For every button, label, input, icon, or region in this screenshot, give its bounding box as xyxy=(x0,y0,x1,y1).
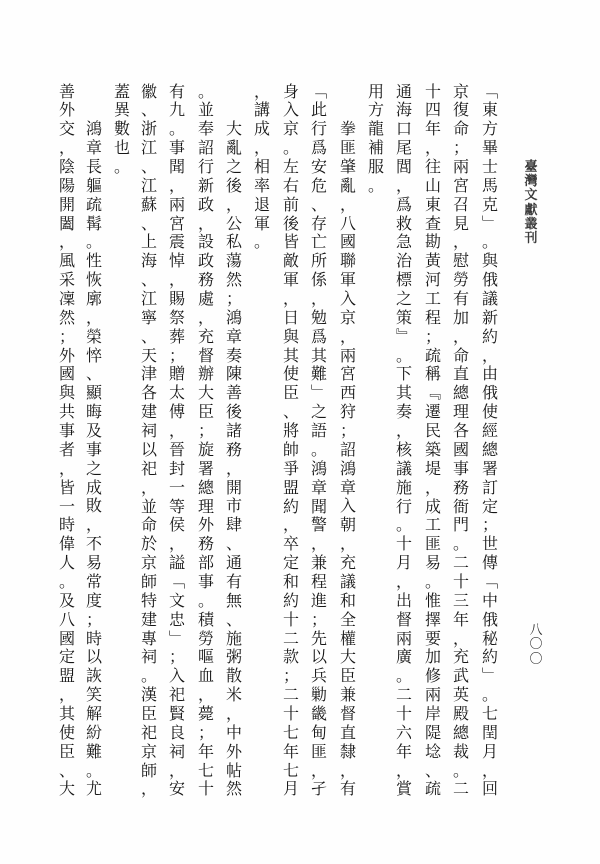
glyph-cell: 一 xyxy=(166,479,188,498)
glyph-cell: 解 xyxy=(83,705,105,724)
glyph-cell: ﹄ xyxy=(393,328,415,347)
glyph-cell: 先 xyxy=(308,630,330,649)
glyph-cell: ﹁ xyxy=(308,83,330,102)
glyph-cell: 臣 xyxy=(337,667,359,686)
glyph-cell: 尤 xyxy=(83,780,105,799)
glyph-cell: 東 xyxy=(422,196,444,215)
glyph-cell: 後 xyxy=(280,215,302,234)
glyph-cell: 時 xyxy=(83,630,105,649)
glyph-cell: 經 xyxy=(479,422,501,441)
glyph-cell: 修 xyxy=(422,667,444,686)
glyph-cell: 大 xyxy=(195,384,217,403)
glyph-cell: 。 xyxy=(422,573,444,592)
glyph-cell: 直 xyxy=(337,724,359,743)
glyph-cell: 務 xyxy=(195,271,217,290)
glyph-cell: 兵 xyxy=(308,667,330,686)
glyph-cell: 國 xyxy=(56,365,78,384)
glyph-cell: 市 xyxy=(223,497,245,516)
glyph-cell: 勘 xyxy=(422,233,444,252)
glyph-cell: 臣 xyxy=(280,384,302,403)
glyph-cell: ， xyxy=(479,762,501,781)
glyph-cell: 與 xyxy=(280,328,302,347)
glyph-cell: 總 xyxy=(195,479,217,498)
glyph-cell: 章 xyxy=(308,479,330,498)
glyph-cell: 督 xyxy=(195,347,217,366)
glyph-cell: 十 xyxy=(195,780,217,799)
glyph-cell: ； xyxy=(308,611,330,630)
glyph-cell: 日 xyxy=(280,309,302,328)
glyph-cell: 章 xyxy=(83,139,105,158)
glyph-cell: 旋 xyxy=(195,441,217,460)
glyph-cell: 榮 xyxy=(83,328,105,347)
glyph-cell: 身 xyxy=(280,83,302,102)
glyph-cell: 鴻 xyxy=(223,309,245,328)
glyph-cell: 〇 xyxy=(528,638,544,652)
glyph-cell: 詔 xyxy=(195,139,217,158)
glyph-cell: ， xyxy=(195,215,217,234)
glyph-cell: 年 xyxy=(450,611,472,630)
glyph-cell: ， xyxy=(422,139,444,158)
glyph-cell: 兩 xyxy=(166,196,188,215)
text-column-1: ﹁東方畢士馬克﹂。與俄議新約，由俄使經總署訂定；世傳﹁中俄秘約﹂。七閏月，回 xyxy=(479,83,501,800)
glyph-cell: ； xyxy=(280,667,302,686)
glyph-cell: 宮 xyxy=(337,365,359,384)
glyph-cell: 度 xyxy=(83,592,105,611)
glyph-cell: 理 xyxy=(195,498,217,517)
glyph-cell: ； xyxy=(337,422,359,441)
glyph-cell: 易 xyxy=(83,554,105,573)
glyph-cell: 年 xyxy=(393,743,415,762)
glyph-cell: 新 xyxy=(479,309,501,328)
glyph-cell: 回 xyxy=(479,780,501,799)
glyph-cell: 良 xyxy=(166,724,188,743)
glyph-cell: 大 xyxy=(337,648,359,667)
glyph-cell: 克 xyxy=(479,196,501,215)
glyph-cell: 要 xyxy=(422,630,444,649)
glyph-cell: 標 xyxy=(393,271,415,290)
glyph-cell: 人 xyxy=(56,554,78,573)
text-column-3: 十四年，往山東查勘黃河工程；疏稱﹃遷民築堤，成工匪易。惟擇要加修兩岸隄埝、疏 xyxy=(422,83,444,800)
glyph-cell: 血 xyxy=(195,667,217,686)
glyph-cell: 直 xyxy=(450,365,472,384)
glyph-cell: 門 xyxy=(450,516,472,535)
glyph-cell: 上 xyxy=(138,233,160,252)
glyph-cell: 中 xyxy=(479,592,501,611)
glyph-cell: 疏 xyxy=(83,196,105,215)
glyph-cell: 核 xyxy=(393,441,415,460)
glyph-cell: 紛 xyxy=(83,724,105,743)
glyph-cell: ； xyxy=(56,328,78,347)
glyph-cell: 年 xyxy=(422,120,444,139)
glyph-cell: 宮 xyxy=(450,177,472,196)
glyph-cell: 敗 xyxy=(83,497,105,516)
glyph-cell: 外 xyxy=(56,347,78,366)
glyph-cell: 裁 xyxy=(450,743,472,762)
glyph-cell: 四 xyxy=(422,101,444,120)
glyph-cell: 陰 xyxy=(56,158,78,177)
glyph-cell: 長 xyxy=(83,158,105,177)
glyph-cell: 、 xyxy=(422,762,444,781)
glyph-cell: 左 xyxy=(280,158,302,177)
glyph-cell: 約 xyxy=(479,648,501,667)
glyph-cell: 、 xyxy=(56,762,78,781)
glyph-cell: 匪 xyxy=(308,743,330,762)
glyph-cell: 。 xyxy=(56,573,78,592)
glyph-cell: 十 xyxy=(393,705,415,724)
glyph-cell: 二 xyxy=(280,630,302,649)
glyph-cell: ， xyxy=(393,762,415,781)
glyph-cell: 奏 xyxy=(223,347,245,366)
glyph-cell: 東 xyxy=(479,101,501,120)
glyph-cell: ； xyxy=(479,516,501,535)
glyph-cell: 外 xyxy=(195,516,217,535)
glyph-cell: 畿 xyxy=(308,705,330,724)
glyph-cell: 辦 xyxy=(195,365,217,384)
glyph-cell: 者 xyxy=(56,441,78,460)
glyph-cell: 語 xyxy=(308,422,330,441)
glyph-cell: ， xyxy=(56,686,78,705)
glyph-cell: 七 xyxy=(280,762,302,781)
glyph-cell: ， xyxy=(308,762,330,781)
glyph-cell: 之 xyxy=(308,403,330,422)
glyph-cell: 章 xyxy=(223,328,245,347)
glyph-cell: 贈 xyxy=(166,365,188,384)
glyph-cell: 議 xyxy=(479,290,501,309)
glyph-cell: 臣 xyxy=(138,705,160,724)
glyph-cell: 傳 xyxy=(479,554,501,573)
glyph-cell: 方 xyxy=(365,101,387,120)
glyph-cell: 策 xyxy=(393,309,415,328)
glyph-cell: 部 xyxy=(195,554,217,573)
glyph-cell: 成 xyxy=(251,120,273,139)
glyph-cell: 堤 xyxy=(422,460,444,479)
glyph-cell: 特 xyxy=(138,592,160,611)
glyph-cell: ， xyxy=(138,780,160,799)
glyph-cell: 大 xyxy=(223,120,245,139)
glyph-cell: 十 xyxy=(393,535,415,554)
glyph-cell: 安 xyxy=(166,780,188,799)
glyph-cell: 十 xyxy=(422,83,444,102)
glyph-cell: 難 xyxy=(83,743,105,762)
glyph-cell: 務 xyxy=(450,479,472,498)
glyph-cell: 。 xyxy=(166,120,188,139)
glyph-cell: ， xyxy=(223,460,245,479)
glyph-cell: 亂 xyxy=(223,139,245,158)
glyph-cell: 一 xyxy=(56,498,78,517)
glyph-cell: 兩 xyxy=(393,630,415,649)
glyph-cell: 務 xyxy=(223,441,245,460)
glyph-cell: 二 xyxy=(393,686,415,705)
glyph-cell: 不 xyxy=(83,535,105,554)
glyph-cell: 開 xyxy=(56,196,78,215)
glyph-cell: 世 xyxy=(479,535,501,554)
glyph-cell: 並 xyxy=(138,498,160,517)
glyph-cell: 晦 xyxy=(83,403,105,422)
glyph-cell: 理 xyxy=(450,403,472,422)
glyph-cell: ， xyxy=(166,271,188,290)
glyph-cell: ， xyxy=(138,479,160,498)
glyph-cell: 之 xyxy=(223,158,245,177)
text-column-6-paragraph-start: 拳匪肇亂，八國聯軍入京，兩宮西狩；詔鴻章入朝，充議和全權大臣兼督直隸，有 xyxy=(337,120,359,799)
glyph-cell: 署 xyxy=(195,460,217,479)
glyph-cell: 由 xyxy=(479,365,501,384)
glyph-cell: 震 xyxy=(166,233,188,252)
glyph-cell: 行 xyxy=(393,498,415,517)
glyph-cell: 通 xyxy=(393,83,415,102)
glyph-cell: 甸 xyxy=(308,724,330,743)
glyph-cell: 卒 xyxy=(280,535,302,554)
glyph-cell: 悴 xyxy=(83,347,105,366)
glyph-cell: 以 xyxy=(308,648,330,667)
glyph-cell: 國 xyxy=(56,630,78,649)
glyph-cell: 叢 xyxy=(523,218,539,232)
glyph-cell: 。 xyxy=(83,233,105,252)
glyph-cell: ， xyxy=(223,705,245,724)
glyph-cell: 七 xyxy=(280,724,302,743)
glyph-cell: 善 xyxy=(223,384,245,403)
glyph-cell: 諸 xyxy=(223,422,245,441)
glyph-cell: 與 xyxy=(479,252,501,271)
glyph-cell: ， xyxy=(83,516,105,535)
glyph-cell: 、 xyxy=(138,158,160,177)
glyph-cell: ， xyxy=(195,309,217,328)
glyph-cell: 充 xyxy=(195,328,217,347)
glyph-cell: 然 xyxy=(223,780,245,799)
text-column-15-paragraph-start: 鴻章長軀疏髯。性恢廓，榮悴、顯晦及事之成敗，不易常度；時以詼笑解紛難。尤 xyxy=(83,120,105,799)
glyph-cell: 廣 xyxy=(393,648,415,667)
glyph-cell: 交 xyxy=(56,120,78,139)
glyph-cell: 。 xyxy=(83,762,105,781)
glyph-cell: 埝 xyxy=(422,743,444,762)
glyph-cell: 事 xyxy=(56,422,78,441)
glyph-cell: 通 xyxy=(223,554,245,573)
glyph-cell: 見 xyxy=(450,215,472,234)
glyph-cell: ， xyxy=(337,328,359,347)
glyph-cell: ， xyxy=(450,630,472,649)
glyph-cell: 山 xyxy=(422,177,444,196)
glyph-cell: 肇 xyxy=(337,158,359,177)
glyph-cell: 工 xyxy=(422,290,444,309)
glyph-cell: 尾 xyxy=(393,139,415,158)
glyph-cell: 師 xyxy=(138,573,160,592)
glyph-cell: 京 xyxy=(280,120,302,139)
glyph-cell: 狩 xyxy=(337,403,359,422)
glyph-cell: 。 xyxy=(479,233,501,252)
glyph-cell: 然 xyxy=(56,309,78,328)
glyph-cell: 事 xyxy=(450,460,472,479)
glyph-cell: 口 xyxy=(393,120,415,139)
glyph-cell: 國 xyxy=(450,441,472,460)
glyph-cell: 凜 xyxy=(56,290,78,309)
glyph-cell: 蘇 xyxy=(138,196,160,215)
glyph-cell: 充 xyxy=(337,554,359,573)
glyph-cell: 講 xyxy=(251,101,273,120)
glyph-cell: 兩 xyxy=(450,158,472,177)
glyph-cell: 。 xyxy=(393,347,415,366)
glyph-cell: 三 xyxy=(450,592,472,611)
glyph-cell: 政 xyxy=(195,196,217,215)
glyph-cell: ； xyxy=(166,648,188,667)
glyph-cell: 異 xyxy=(111,101,133,120)
glyph-cell: 施 xyxy=(393,479,415,498)
glyph-cell: 封 xyxy=(166,460,188,479)
glyph-cell: 務 xyxy=(195,535,217,554)
glyph-cell: 建 xyxy=(138,403,160,422)
glyph-cell: 勉 xyxy=(308,309,330,328)
glyph-cell: 後 xyxy=(223,177,245,196)
glyph-cell: 事 xyxy=(83,441,105,460)
glyph-cell: 鴻 xyxy=(308,460,330,479)
glyph-cell: 兼 xyxy=(308,554,330,573)
glyph-cell: 俄 xyxy=(479,384,501,403)
text-column-9: ，講成，相率退軍。 xyxy=(251,83,273,253)
glyph-cell: 專 xyxy=(138,630,160,649)
glyph-cell: ， xyxy=(280,290,302,309)
glyph-cell: 、 xyxy=(83,365,105,384)
glyph-cell: 議 xyxy=(393,460,415,479)
glyph-cell: 、 xyxy=(223,611,245,630)
glyph-cell: 工 xyxy=(422,516,444,535)
glyph-cell: 忠 xyxy=(166,611,188,630)
glyph-cell: 入 xyxy=(337,290,359,309)
glyph-cell: 皆 xyxy=(56,479,78,498)
glyph-cell: ﹂ xyxy=(479,215,501,234)
glyph-cell: 聞 xyxy=(308,498,330,517)
glyph-cell: 勦 xyxy=(308,686,330,705)
glyph-cell: 蕩 xyxy=(223,252,245,271)
glyph-cell: 秘 xyxy=(479,630,501,649)
glyph-cell: 月 xyxy=(393,554,415,573)
glyph-cell: 俄 xyxy=(479,611,501,630)
glyph-cell: 俄 xyxy=(479,271,501,290)
glyph-cell: ； xyxy=(422,328,444,347)
glyph-cell: 賞 xyxy=(393,780,415,799)
glyph-cell: ， xyxy=(393,177,415,196)
glyph-cell: ， xyxy=(337,196,359,215)
glyph-cell: 畢 xyxy=(479,139,501,158)
glyph-cell: 嘔 xyxy=(195,648,217,667)
glyph-cell: 、 xyxy=(138,271,160,290)
glyph-cell: 京 xyxy=(337,309,359,328)
glyph-cell: 漢 xyxy=(138,686,160,705)
glyph-cell: 有 xyxy=(337,780,359,799)
glyph-cell: 臣 xyxy=(56,743,78,762)
glyph-cell: 公 xyxy=(223,215,245,234)
glyph-cell: 訂 xyxy=(479,479,501,498)
glyph-cell: ， xyxy=(450,328,472,347)
glyph-cell: 爲 xyxy=(308,328,330,347)
glyph-cell: 章 xyxy=(337,479,359,498)
glyph-cell: 兩 xyxy=(337,347,359,366)
glyph-cell: 召 xyxy=(450,196,472,215)
glyph-cell: 於 xyxy=(138,535,160,554)
glyph-cell: 隸 xyxy=(337,743,359,762)
glyph-cell: ﹁ xyxy=(166,573,188,592)
glyph-cell: 廓 xyxy=(83,290,105,309)
glyph-cell: 惟 xyxy=(422,592,444,611)
glyph-cell: ， xyxy=(166,762,188,781)
glyph-cell: 、 xyxy=(308,196,330,215)
text-column-10-paragraph-start: 大亂之後，公私蕩然；鴻章奏陳善後諸務，開市肆、通有無、施粥散米，中外帖然 xyxy=(223,120,245,799)
glyph-cell: 所 xyxy=(308,252,330,271)
glyph-cell: 敵 xyxy=(280,252,302,271)
glyph-cell: ； xyxy=(195,724,217,743)
glyph-cell: 全 xyxy=(337,611,359,630)
glyph-cell: 太 xyxy=(166,384,188,403)
glyph-cell: 江 xyxy=(138,177,160,196)
glyph-cell: 江 xyxy=(138,139,160,158)
glyph-cell: 祀 xyxy=(138,724,160,743)
glyph-cell: 匪 xyxy=(337,139,359,158)
glyph-cell: 、 xyxy=(138,328,160,347)
glyph-cell: 。 xyxy=(450,762,472,781)
glyph-cell: 易 xyxy=(422,554,444,573)
glyph-cell: 無 xyxy=(223,592,245,611)
glyph-cell: 行 xyxy=(308,120,330,139)
glyph-cell: 入 xyxy=(280,101,302,120)
glyph-cell: 其 xyxy=(393,384,415,403)
glyph-cell: 詔 xyxy=(337,441,359,460)
glyph-cell: 祠 xyxy=(138,422,160,441)
glyph-cell: 陽 xyxy=(56,177,78,196)
glyph-cell: 風 xyxy=(56,252,78,271)
glyph-cell: 也 xyxy=(111,139,133,158)
glyph-cell: 皆 xyxy=(280,233,302,252)
glyph-cell: 宮 xyxy=(166,215,188,234)
glyph-cell: 及 xyxy=(83,422,105,441)
glyph-cell: 其 xyxy=(308,347,330,366)
glyph-cell: 殿 xyxy=(450,705,472,724)
glyph-cell: 粥 xyxy=(223,648,245,667)
glyph-cell: 武 xyxy=(450,667,472,686)
glyph-cell: 鴻 xyxy=(337,460,359,479)
glyph-cell: 馬 xyxy=(479,177,501,196)
glyph-cell: ﹂ xyxy=(166,630,188,649)
glyph-cell: 詼 xyxy=(83,667,105,686)
glyph-cell: 危 xyxy=(308,177,330,196)
glyph-cell: 十 xyxy=(280,705,302,724)
glyph-cell: 文 xyxy=(166,592,188,611)
glyph-cell: 款 xyxy=(280,648,302,667)
glyph-cell: 和 xyxy=(337,592,359,611)
glyph-cell: ， xyxy=(337,762,359,781)
glyph-cell: 閭 xyxy=(393,158,415,177)
glyph-cell: 急 xyxy=(393,233,415,252)
glyph-cell: 約 xyxy=(479,328,501,347)
glyph-cell: 盟 xyxy=(56,667,78,686)
glyph-cell: 使 xyxy=(56,724,78,743)
glyph-cell: 英 xyxy=(450,686,472,705)
glyph-cell: 薨 xyxy=(195,705,217,724)
glyph-cell: ； xyxy=(83,611,105,630)
glyph-cell: 然 xyxy=(223,271,245,290)
glyph-cell: 海 xyxy=(393,101,415,120)
glyph-cell: 以 xyxy=(83,648,105,667)
text-column-11: 。並奉詔行新政，設政務處，充督辦大臣；旋署總理外務部事。積勞嘔血，薨；年七十 xyxy=(195,83,217,800)
glyph-cell: 成 xyxy=(422,498,444,517)
glyph-cell: 爭 xyxy=(280,460,302,479)
glyph-cell: ， xyxy=(195,686,217,705)
glyph-cell: 存 xyxy=(308,215,330,234)
glyph-cell: 岸 xyxy=(422,705,444,724)
glyph-cell: 入 xyxy=(337,497,359,516)
glyph-cell: 私 xyxy=(223,233,245,252)
glyph-cell: 安 xyxy=(308,158,330,177)
glyph-cell: 拳 xyxy=(337,120,359,139)
text-column-4: 通海口尾閭，爲救急治標之策﹄。下其奏，核議施行。十月，出督兩廣。二十六年，賞 xyxy=(393,83,415,800)
glyph-cell: 補 xyxy=(365,139,387,158)
glyph-cell: 帥 xyxy=(280,441,302,460)
